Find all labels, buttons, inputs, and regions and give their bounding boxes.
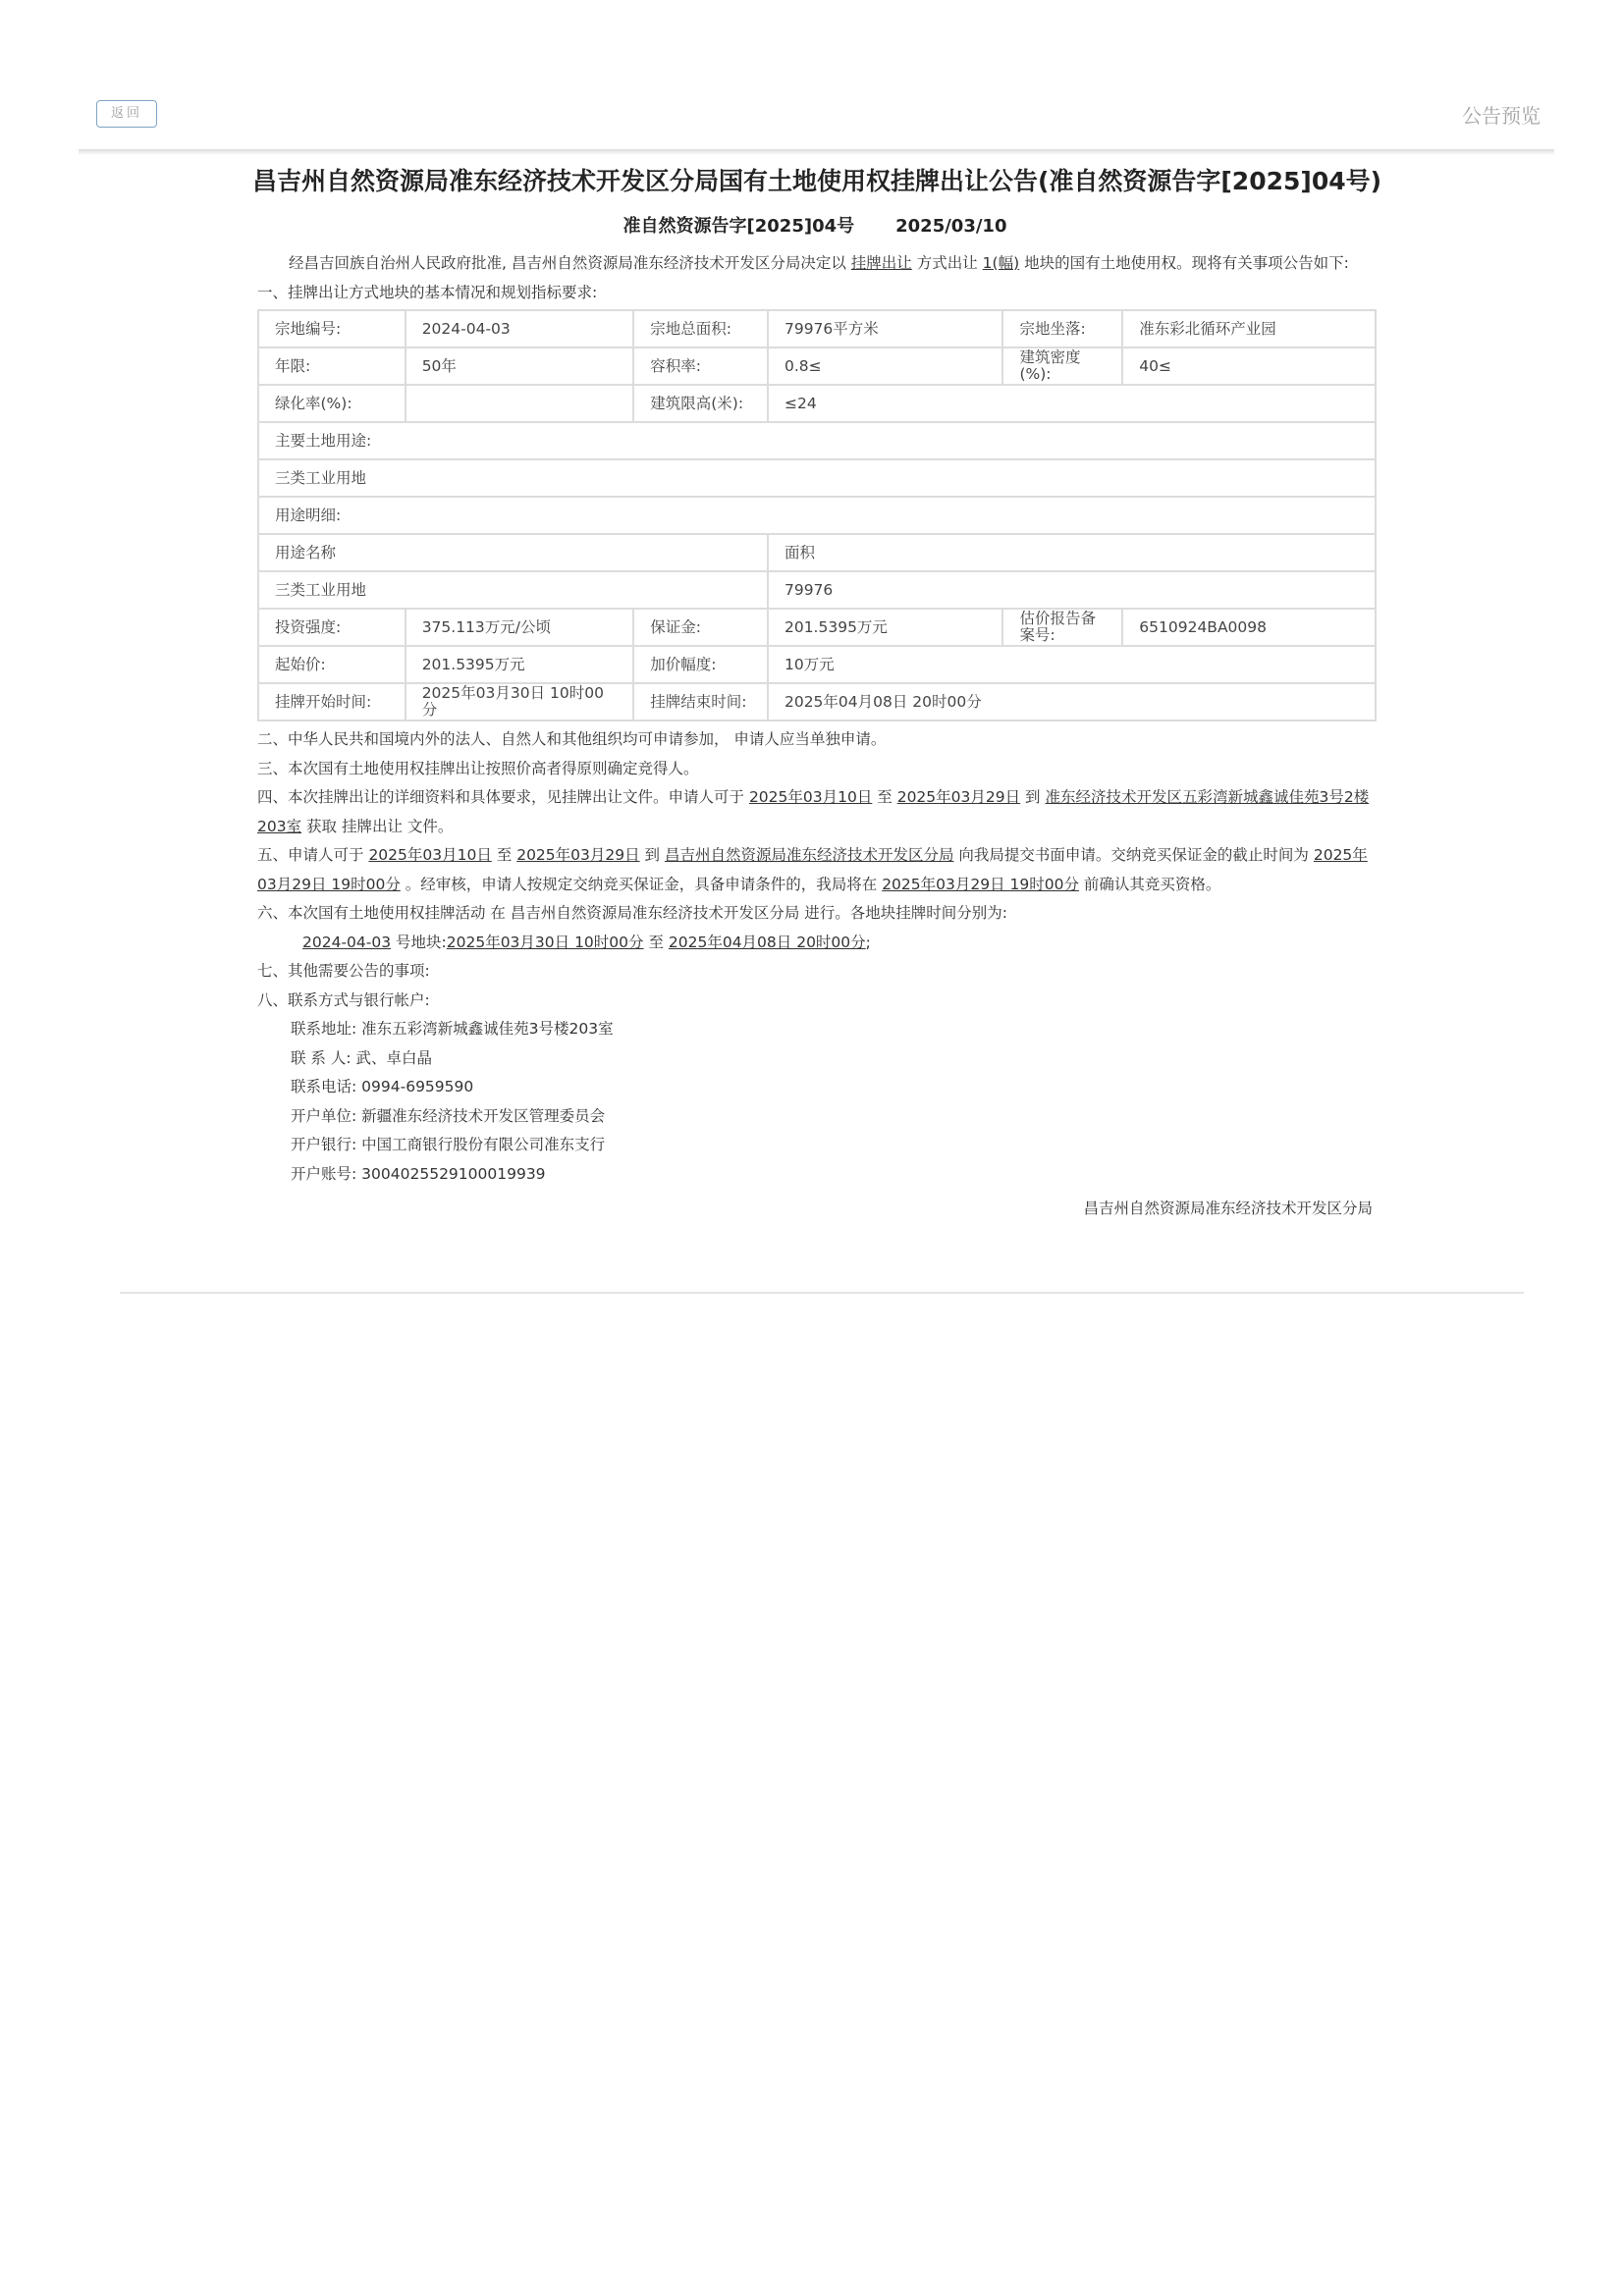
investment-value: 375.113万元/公顷 xyxy=(406,609,634,646)
height-label: 建筑限高(米): xyxy=(633,385,768,422)
increment-value: 10万元 xyxy=(768,646,1376,683)
top-bar: 返回 公告预览 xyxy=(79,94,1554,151)
account-bank: 开户银行: 中国工商银行股份有限公司准东支行 xyxy=(291,1131,1373,1160)
notice-title: 昌吉州自然资源局准东经济技术开发区分局国有土地使用权挂牌出让公告(准自然资源告字… xyxy=(251,161,1382,202)
intro-paragraph: 经昌吉回族自治州人民政府批准, 昌吉州自然资源局准东经济技术开发区分局决定以 挂… xyxy=(257,249,1373,279)
start-price-label: 起始价: xyxy=(258,646,406,683)
apply-place: 昌吉州自然资源局准东经济技术开发区分局 xyxy=(665,846,954,864)
account-number: 开户账号: 3004025529100019939 xyxy=(291,1160,1373,1190)
increment-label: 加价幅度: xyxy=(633,646,768,683)
use-name-cell: 三类工业用地 xyxy=(258,571,768,609)
account-holder: 开户单位: 新疆准东经济技术开发区管理委员会 xyxy=(291,1102,1373,1132)
table-row: 主要土地用途: xyxy=(258,422,1376,459)
use-detail-label: 用途明细: xyxy=(258,497,1376,534)
header-divider xyxy=(79,149,1554,155)
deposit-value: 201.5395万元 xyxy=(768,609,1003,646)
apply-date-from: 2025年03月10日 xyxy=(368,846,491,864)
main-use-label: 主要土地用途: xyxy=(258,422,1376,459)
section-7: 七、其他需要公告的事项: xyxy=(257,957,1373,987)
table-row: 三类工业用地 xyxy=(258,459,1376,497)
green-label: 绿化率(%): xyxy=(258,385,406,422)
schedule-parcel: 2024-04-03 xyxy=(302,934,391,951)
appraisal-value: 6510924BA0098 xyxy=(1122,609,1376,646)
use-name-header: 用途名称 xyxy=(258,534,768,571)
section-5: 五、申请人可于 2025年03月10日 至 2025年03月29日 到 昌吉州自… xyxy=(257,841,1373,899)
parcel-no-label: 宗地编号: xyxy=(258,310,406,347)
table-row: 用途名称 面积 xyxy=(258,534,1376,571)
main-use-value: 三类工业用地 xyxy=(258,459,1376,497)
transfer-method: 挂牌出让 xyxy=(851,254,912,272)
apply-date-to: 2025年03月29日 xyxy=(516,846,639,864)
table-row: 起始价: 201.5395万元 加价幅度: 10万元 xyxy=(258,646,1376,683)
total-area-value: 79976平方米 xyxy=(768,310,1003,347)
term-value: 50年 xyxy=(406,347,634,385)
parcel-no-value: 2024-04-03 xyxy=(406,310,634,347)
total-area-label: 宗地总面积: xyxy=(633,310,768,347)
listing-end-label: 挂牌结束时间: xyxy=(633,683,768,721)
parcel-count: 1(幅) xyxy=(983,254,1019,272)
page-title: 公告预览 xyxy=(1462,100,1541,129)
contact-address: 联系地址: 准东五彩湾新城鑫诚佳苑3号楼203室 xyxy=(291,1015,1373,1044)
listing-schedule: 2024-04-03 号地块:2025年03月30日 10时00分 至 2025… xyxy=(257,929,1373,958)
density-label: 建筑密度(%): xyxy=(1002,347,1122,385)
density-value: 40≤ xyxy=(1122,347,1376,385)
schedule-start: 2025年03月30日 10时00分 xyxy=(447,934,644,951)
table-row: 三类工业用地 79976 xyxy=(258,571,1376,609)
section-1-heading: 一、挂牌出让方式地块的基本情况和规划指标要求: xyxy=(257,279,1373,308)
location-label: 宗地坐落: xyxy=(1002,310,1122,347)
doc-number: 准自然资源告字[2025]04号 xyxy=(623,216,855,237)
notice-date: 2025/03/10 xyxy=(895,216,1006,237)
obtain-date-from: 2025年03月10日 xyxy=(749,788,872,806)
parcel-info-table: 宗地编号: 2024-04-03 宗地总面积: 79976平方米 宗地坐落: 准… xyxy=(257,309,1377,721)
table-row: 用途明细: xyxy=(258,497,1376,534)
table-row: 投资强度: 375.113万元/公顷 保证金: 201.5395万元 估价报告备… xyxy=(258,609,1376,646)
section-3: 三、本次国有土地使用权挂牌出让按照价高者得原则确定竞得人。 xyxy=(257,755,1373,784)
qualification-confirm-time: 2025年03月29日 19时00分 xyxy=(882,876,1079,893)
notice-document: 昌吉州自然资源局准东经济技术开发区分局国有土地使用权挂牌出让公告(准自然资源告字… xyxy=(257,157,1373,1239)
contact-person: 联 系 人: 武、卓白晶 xyxy=(291,1044,1373,1074)
far-value: 0.8≤ xyxy=(768,347,1003,385)
listing-end-value: 2025年04月08日 20时00分 xyxy=(768,683,1376,721)
listing-start-label: 挂牌开始时间: xyxy=(258,683,406,721)
location-value: 准东彩北循环产业园 xyxy=(1122,310,1376,347)
contact-list: 联系地址: 准东五彩湾新城鑫诚佳苑3号楼203室 联 系 人: 武、卓白晶 联系… xyxy=(257,1015,1373,1189)
schedule-end: 2025年04月08日 20时00分 xyxy=(669,934,866,951)
table-row: 宗地编号: 2024-04-03 宗地总面积: 79976平方米 宗地坐落: 准… xyxy=(258,310,1376,347)
obtain-date-to: 2025年03月29日 xyxy=(897,788,1020,806)
term-label: 年限: xyxy=(258,347,406,385)
height-value: ≤24 xyxy=(768,385,1376,422)
section-2: 二、中华人民共和国境内外的法人、自然人和其他组织均可申请参加， 申请人应当单独申… xyxy=(257,725,1373,755)
contact-phone: 联系电话: 0994-6959590 xyxy=(291,1073,1373,1102)
far-label: 容积率: xyxy=(633,347,768,385)
start-price-value: 201.5395万元 xyxy=(406,646,634,683)
issuer-signature: 昌吉州自然资源局准东经济技术开发区分局 xyxy=(257,1195,1373,1224)
section-6: 六、本次国有土地使用权挂牌活动 在 昌吉州自然资源局准东经济技术开发区分局 进行… xyxy=(257,899,1373,929)
table-row: 年限: 50年 容积率: 0.8≤ 建筑密度(%): 40≤ xyxy=(258,347,1376,385)
bottom-divider xyxy=(120,1292,1524,1294)
notice-subtitle: 准自然资源告字[2025]04号2025/03/10 xyxy=(257,212,1373,241)
use-area-cell: 79976 xyxy=(768,571,1376,609)
table-row: 挂牌开始时间: 2025年03月30日 10时00分 挂牌结束时间: 2025年… xyxy=(258,683,1376,721)
investment-label: 投资强度: xyxy=(258,609,406,646)
table-row: 绿化率(%): 建筑限高(米): ≤24 xyxy=(258,385,1376,422)
listing-start-value: 2025年03月30日 10时00分 xyxy=(406,683,634,721)
appraisal-label: 估价报告备案号: xyxy=(1002,609,1122,646)
back-button[interactable]: 返回 xyxy=(96,100,157,128)
section-8: 八、联系方式与银行帐户: xyxy=(257,987,1373,1016)
use-area-header: 面积 xyxy=(768,534,1376,571)
section-4: 四、本次挂牌出让的详细资料和具体要求，见挂牌出让文件。申请人可于 2025年03… xyxy=(257,783,1373,841)
deposit-label: 保证金: xyxy=(633,609,768,646)
green-value xyxy=(406,385,634,422)
